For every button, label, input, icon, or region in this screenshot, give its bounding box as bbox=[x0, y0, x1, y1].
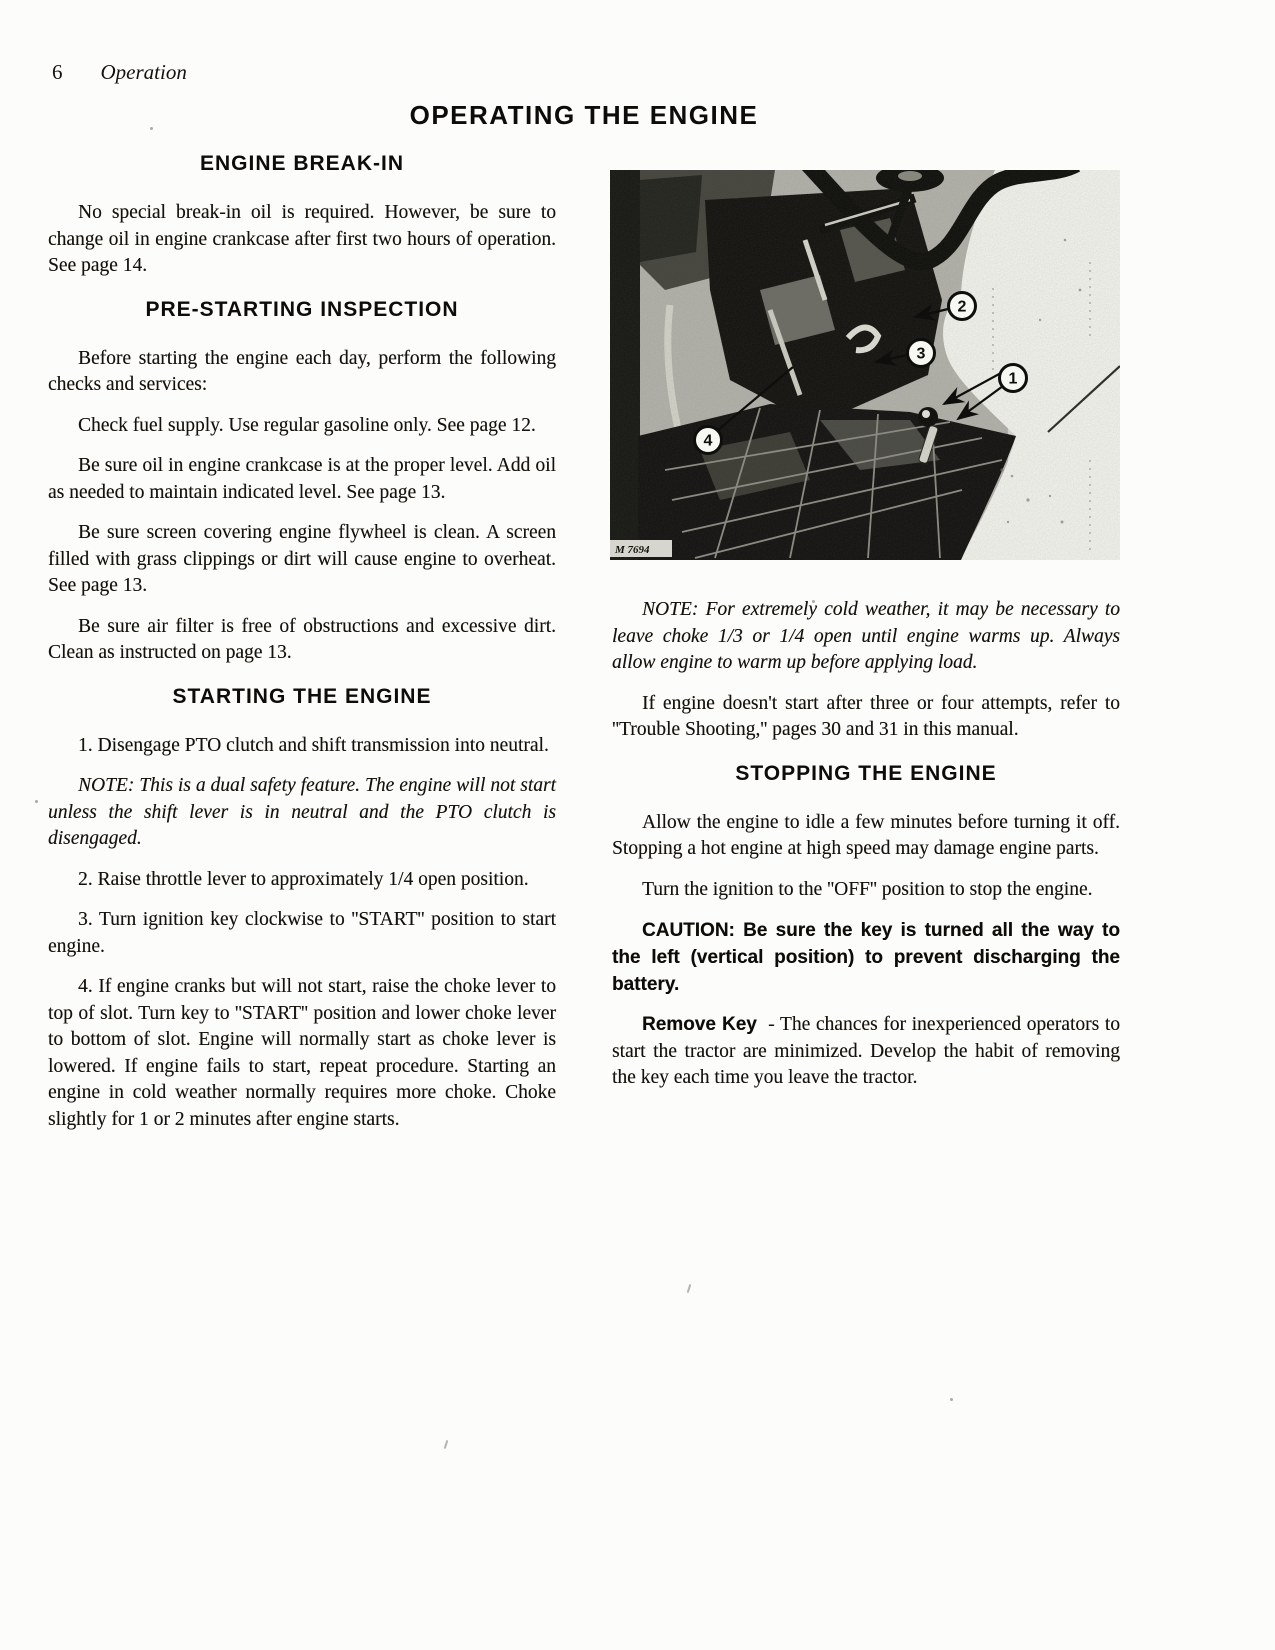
figure-caption-text: M 7694 bbox=[614, 544, 650, 556]
tractor-controls-photo: 1 2 3 4 M 7694 bbox=[610, 170, 1120, 560]
callout-2-number: 2 bbox=[958, 299, 967, 316]
step-1-disengage-pto: 1. Disengage PTO clutch and shift transm… bbox=[48, 733, 556, 760]
paragraph-idle-before-off: Allow the engine to idle a few minutes b… bbox=[612, 810, 1120, 863]
heading-starting-the-engine: STARTING THE ENGINE bbox=[48, 685, 556, 709]
scan-speck bbox=[687, 1284, 692, 1293]
callout-4-number: 4 bbox=[704, 433, 713, 450]
left-column: ENGINE BREAK-IN No special break-in oil … bbox=[48, 152, 556, 1147]
remove-key-label: Remove Key bbox=[642, 1014, 757, 1035]
paragraph-break-in: No special break-in oil is required. How… bbox=[48, 200, 556, 280]
manual-page: 6Operation OPERATING THE ENGINE ENGINE B… bbox=[0, 0, 1275, 1650]
paragraph-check-fuel: Check fuel supply. Use regular gasoline … bbox=[48, 413, 556, 440]
callout-3-number: 3 bbox=[917, 346, 926, 363]
note-dual-safety: NOTE: This is a dual safety feature. The… bbox=[48, 773, 556, 853]
note-cold-weather: NOTE: For extremely cold weather, it may… bbox=[612, 597, 1120, 677]
callout-1-number: 1 bbox=[1009, 371, 1018, 388]
section-title: Operation bbox=[101, 60, 187, 84]
figure-tractor-controls: 1 2 3 4 M 7694 bbox=[610, 170, 1120, 560]
heading-pre-starting-inspection: PRE-STARTING INSPECTION bbox=[48, 298, 556, 322]
paragraph-check-air-filter: Be sure air filter is free of obstructio… bbox=[48, 614, 556, 667]
running-header: 6Operation bbox=[52, 60, 187, 85]
scan-speck bbox=[35, 800, 38, 803]
paragraph-ignition-off: Turn the ignition to the ''OFF'' positio… bbox=[612, 877, 1120, 904]
scan-speck bbox=[950, 1398, 953, 1401]
heading-engine-break-in: ENGINE BREAK-IN bbox=[48, 152, 556, 176]
figure-caption: M 7694 bbox=[610, 540, 672, 557]
paragraph-before-starting: Before starting the engine each day, per… bbox=[48, 346, 556, 399]
paragraph-remove-key: Remove Key - The chances for inexperienc… bbox=[612, 1012, 1120, 1092]
page-number: 6 bbox=[52, 60, 63, 84]
paragraph-trouble-shooting: If engine doesn't start after three or f… bbox=[612, 691, 1120, 744]
heading-stopping-the-engine: STOPPING THE ENGINE bbox=[612, 762, 1120, 786]
scan-speck bbox=[444, 1440, 449, 1449]
step-3-turn-key: 3. Turn ignition key clockwise to ''STAR… bbox=[48, 907, 556, 960]
step-2-raise-throttle: 2. Raise throttle lever to approximately… bbox=[48, 867, 556, 894]
page-title: OPERATING THE ENGINE bbox=[48, 100, 1120, 131]
right-column: NOTE: For extremely cold weather, it may… bbox=[612, 597, 1120, 1106]
step-4-choke-procedure: 4. If engine cranks but will not start, … bbox=[48, 974, 556, 1133]
scan-speck bbox=[812, 600, 815, 603]
scan-speck bbox=[150, 127, 153, 130]
caution-key-position: CAUTION: Be sure the key is turned all t… bbox=[612, 917, 1120, 998]
paragraph-check-oil: Be sure oil in engine crankcase is at th… bbox=[48, 453, 556, 506]
paragraph-check-screen: Be sure screen covering engine flywheel … bbox=[48, 520, 556, 600]
